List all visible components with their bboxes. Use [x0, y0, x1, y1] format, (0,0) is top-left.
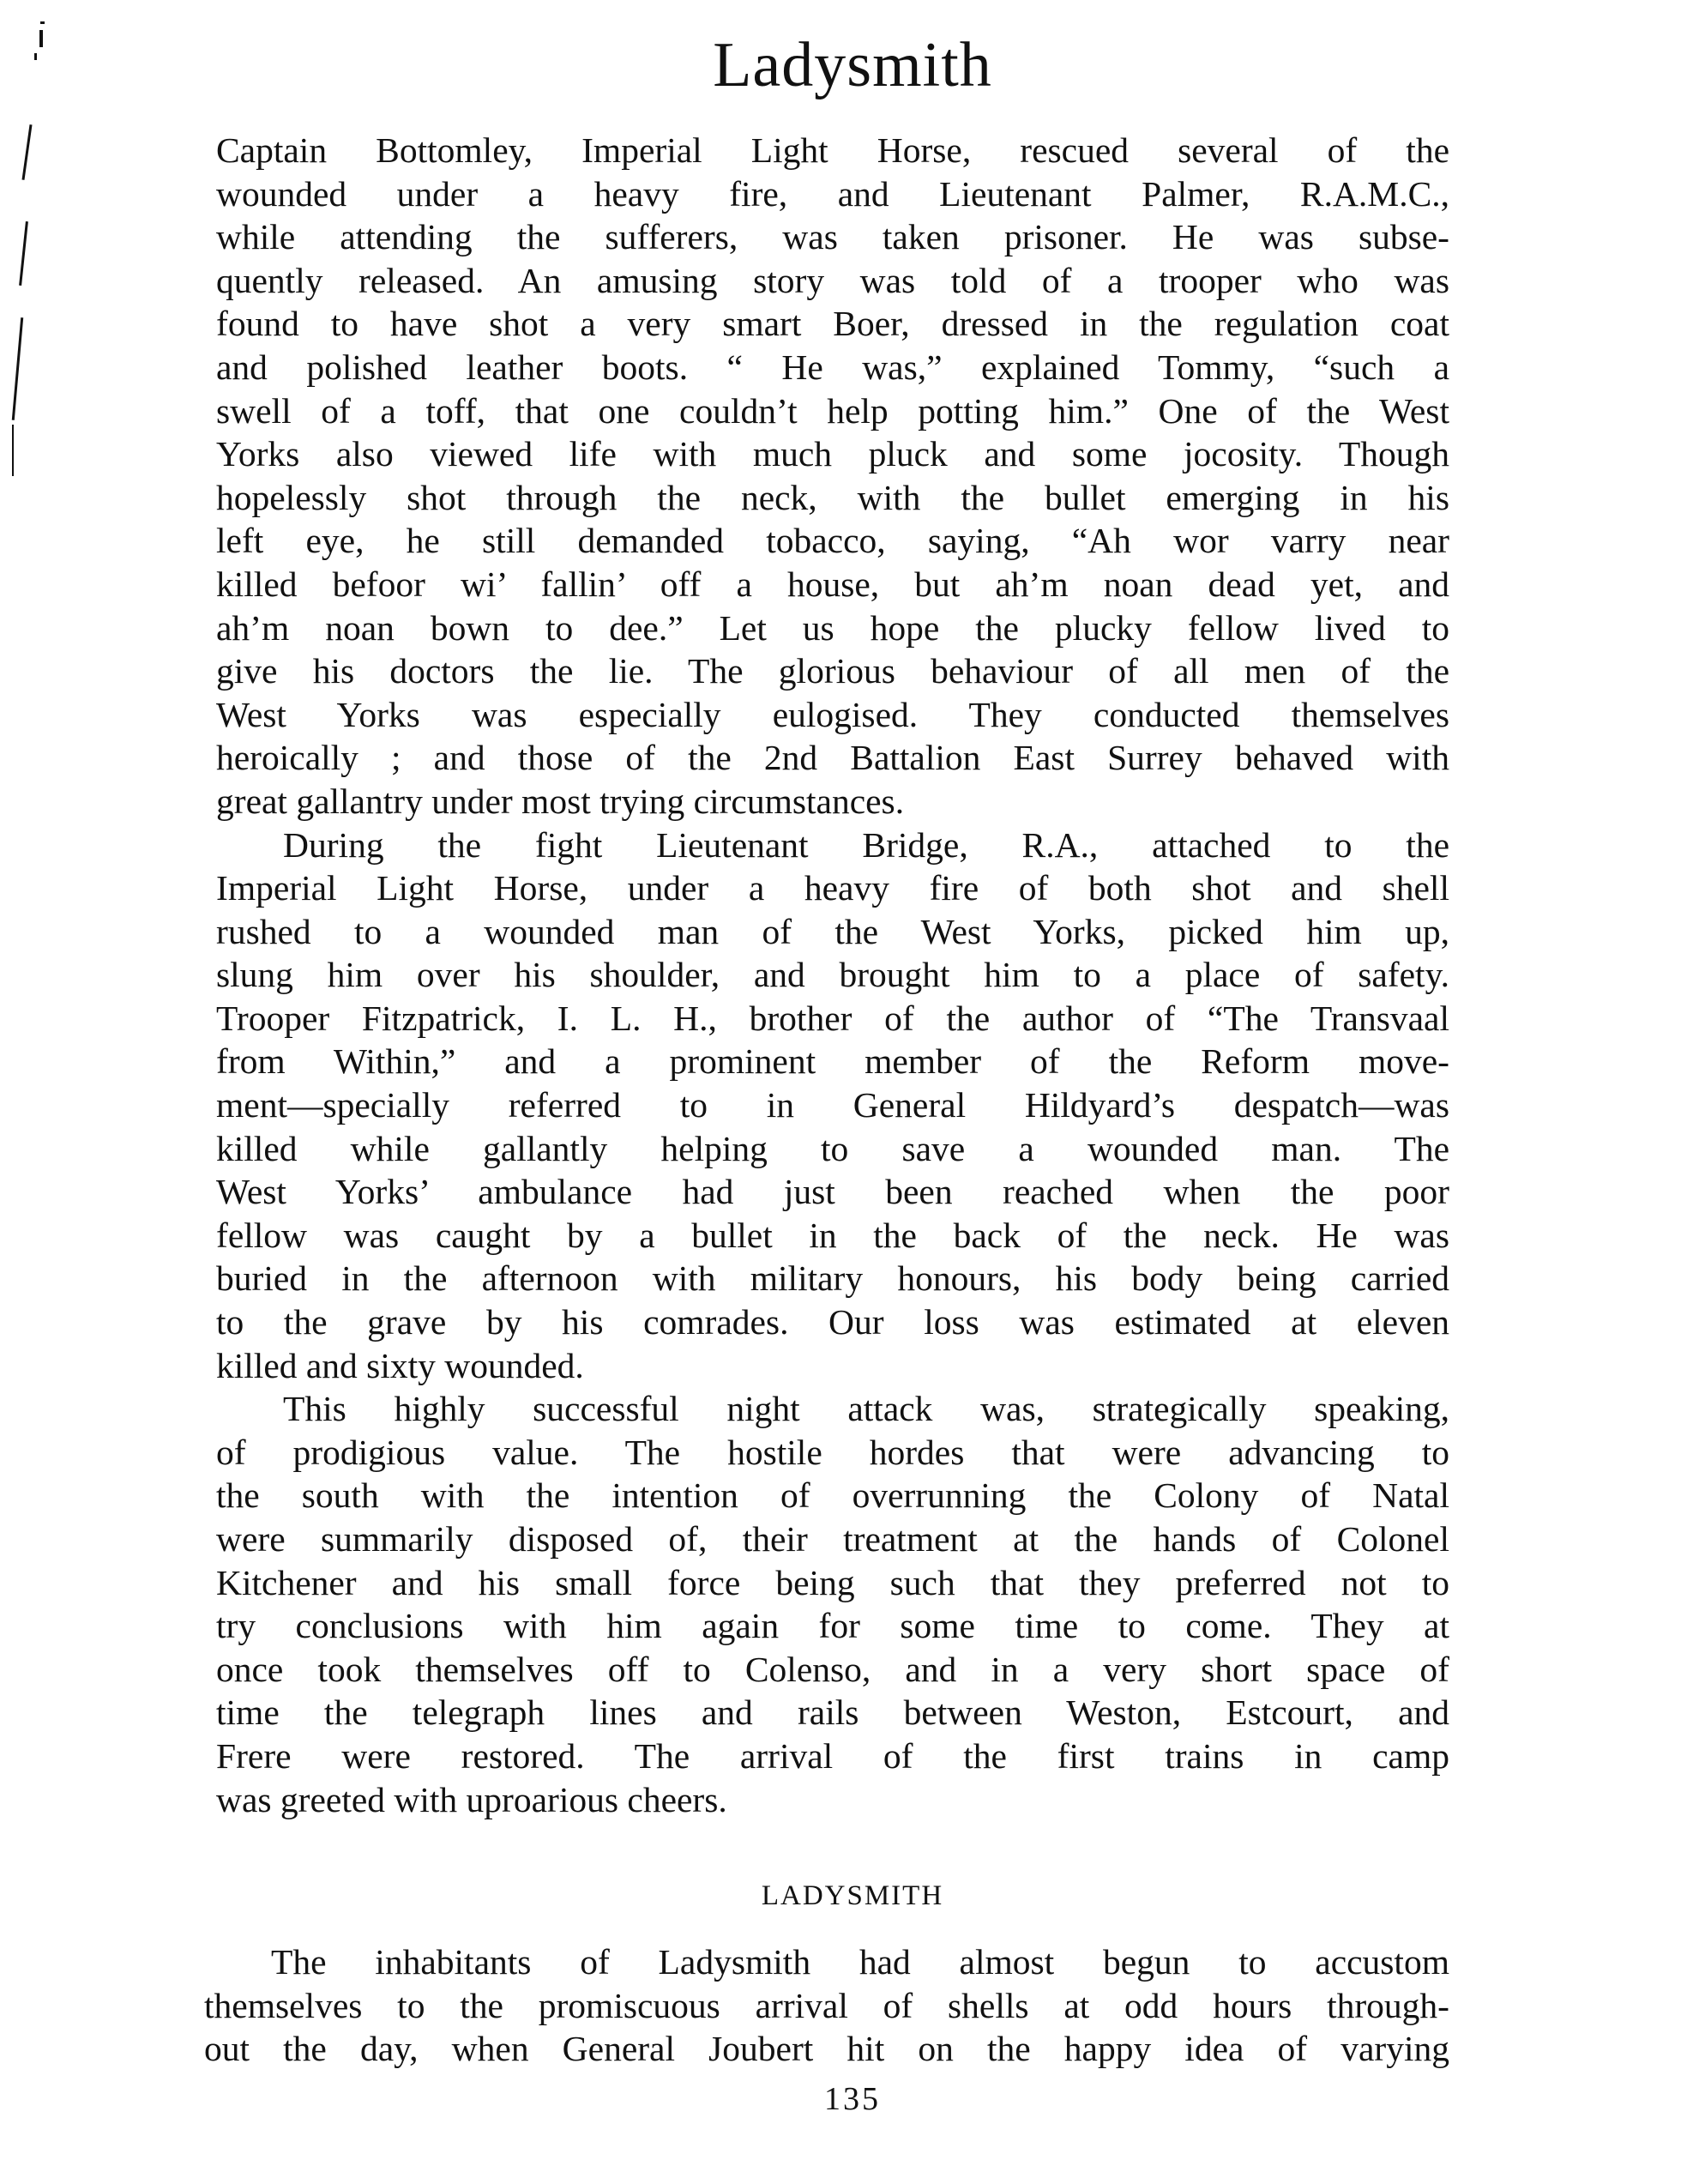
- page-number: 135: [0, 2080, 1705, 2118]
- text-line: Trooper Fitzpatrick, I. L. H., brother o…: [216, 997, 1449, 1041]
- text-line: swell of a toff, that one couldn’t help …: [216, 389, 1449, 433]
- paragraph-1: Captain Bottomley, Imperial Light Horse,…: [216, 129, 1449, 824]
- paragraph-2: During the fight Lieutenant Bridge, R.A.…: [216, 824, 1449, 1388]
- text-line: killed while gallantly helping to save a…: [216, 1127, 1449, 1171]
- text-line: once took themselves off to Colenso, and…: [216, 1648, 1449, 1692]
- text-line: was greeted with uproarious cheers.: [216, 1778, 1449, 1822]
- text-line: try conclusions with him again for some …: [216, 1604, 1449, 1648]
- text-line: hopelessly shot through the neck, with t…: [216, 476, 1449, 520]
- text-line: the south with the intention of overrunn…: [216, 1474, 1449, 1517]
- text-line: ment—specially referred to in General Hi…: [216, 1083, 1449, 1127]
- text-line: killed and sixty wounded.: [216, 1344, 1449, 1388]
- text-line: were summarily disposed of, their treatm…: [216, 1517, 1449, 1561]
- text-line: and polished leather boots. “ He was,” e…: [216, 346, 1449, 389]
- text-line: fellow was caught by a bullet in the bac…: [216, 1214, 1449, 1258]
- section-paragraph: The inhabitants of Ladysmith had almost …: [204, 1940, 1449, 2071]
- text-line: rushed to a wounded man of the West York…: [216, 910, 1449, 954]
- text-line: buried in the afternoon with military ho…: [216, 1257, 1449, 1300]
- text-line: found to have shot a very smart Boer, dr…: [216, 302, 1449, 346]
- text-line: West Yorks’ ambulance had just been reac…: [216, 1170, 1449, 1214]
- scan-mark: [12, 317, 23, 420]
- text-line: out the day, when General Joubert hit on…: [204, 2027, 1449, 2071]
- scan-mark: [12, 425, 14, 476]
- running-title: Ladysmith: [0, 24, 1705, 106]
- text-line: Kitchener and his small force being such…: [216, 1561, 1449, 1605]
- text-line: Yorks also viewed life with much pluck a…: [216, 432, 1449, 476]
- text-line: slung him over his shoulder, and brought…: [216, 953, 1449, 997]
- scan-mark: [19, 221, 28, 286]
- scan-mark: [39, 30, 43, 47]
- text-line: while attending the sufferers, was taken…: [216, 215, 1449, 259]
- text-line: The inhabitants of Ladysmith had almost …: [204, 1940, 1449, 1984]
- text-line: give his doctors the lie. The glorious b…: [216, 649, 1449, 693]
- scan-mark: [40, 21, 45, 24]
- text-line: West Yorks was especially eulogised. The…: [216, 693, 1449, 737]
- scan-mark: [21, 124, 32, 180]
- text-line: wounded under a heavy fire, and Lieutena…: [216, 172, 1449, 216]
- text-line: of prodigious value. The hostile hordes …: [216, 1431, 1449, 1475]
- body-text: Captain Bottomley, Imperial Light Horse,…: [216, 129, 1449, 1821]
- text-line: This highly successful night attack was,…: [216, 1387, 1449, 1431]
- text-line: Captain Bottomley, Imperial Light Horse,…: [216, 129, 1449, 172]
- text-line: great gallantry under most trying circum…: [216, 780, 1449, 824]
- text-line: from Within,” and a prominent member of …: [216, 1040, 1449, 1083]
- text-line: killed befoor wi’ fallin’ off a house, b…: [216, 563, 1449, 606]
- text-line: to the grave by his comrades. Our loss w…: [216, 1300, 1449, 1344]
- text-line: quently released. An amusing story was t…: [216, 259, 1449, 303]
- text-line: Imperial Light Horse, under a heavy fire…: [216, 866, 1449, 910]
- text-line: themselves to the promiscuous arrival of…: [204, 1984, 1449, 2028]
- text-line: ah’m noan bown to dee.” Let us hope the …: [216, 606, 1449, 650]
- text-line: heroically ; and those of the 2nd Battal…: [216, 736, 1449, 780]
- text-line: Frere were restored. The arrival of the …: [216, 1735, 1449, 1778]
- text-line: During the fight Lieutenant Bridge, R.A.…: [216, 824, 1449, 867]
- scan-mark: [34, 53, 37, 60]
- text-line: time the telegraph lines and rails betwe…: [216, 1691, 1449, 1735]
- section-heading: LADYSMITH: [0, 1880, 1705, 1912]
- text-line: left eye, he still demanded tobacco, say…: [216, 519, 1449, 563]
- paragraph-3: This highly successful night attack was,…: [216, 1387, 1449, 1821]
